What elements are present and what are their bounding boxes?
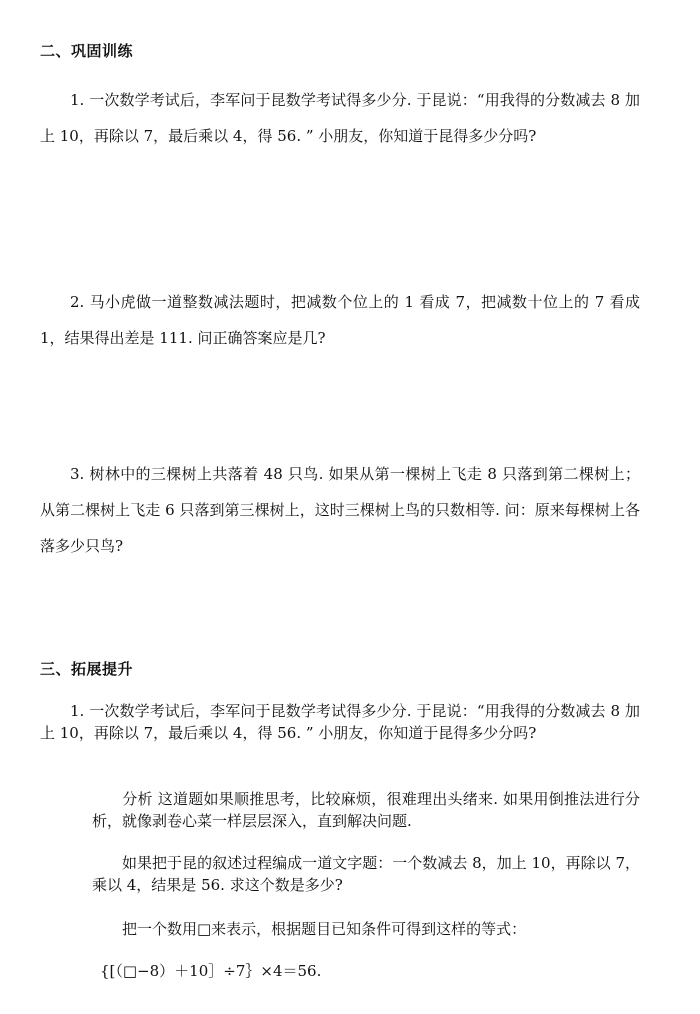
problem-1: 1. 一次数学考试后，李军问于昆数学考试得多少分. 于昆说：“用我得的分数减去 … xyxy=(40,82,640,154)
restated-problem-paragraph: 如果把于昆的叙述过程编成一道文字题：一个数减去 8，加上 10，再除以 7，乘以… xyxy=(92,852,640,896)
equation: {[（□−8）＋10］÷7｝×4＝56. xyxy=(100,960,321,981)
analysis-paragraph: 分析 这道题如果顺推思考，比较麻烦，很难理出头绪来. 如果用倒推法进行分析，就像… xyxy=(92,788,640,832)
section-heading-consolidation: 二、巩固训练 xyxy=(40,40,133,61)
problem-2: 2. 马小虎做一道整数减法题时，把减数个位上的 1 看成 7，把减数十位上的 7… xyxy=(40,284,640,356)
equation-intro-paragraph: 把一个数用□来表示，根据题目已知条件可得到这样的等式： xyxy=(92,918,640,940)
extension-problem-1: 1. 一次数学考试后，李军问于昆数学考试得多少分. 于昆说：“用我得的分数减去 … xyxy=(40,700,640,744)
document-page: 二、巩固训练 1. 一次数学考试后，李军问于昆数学考试得多少分. 于昆说：“用我… xyxy=(0,0,700,1014)
problem-3: 3. 树林中的三棵树上共落着 48 只鸟. 如果从第一棵树上飞走 8 只落到第二… xyxy=(40,456,640,564)
section-heading-extension: 三、拓展提升 xyxy=(40,658,133,679)
